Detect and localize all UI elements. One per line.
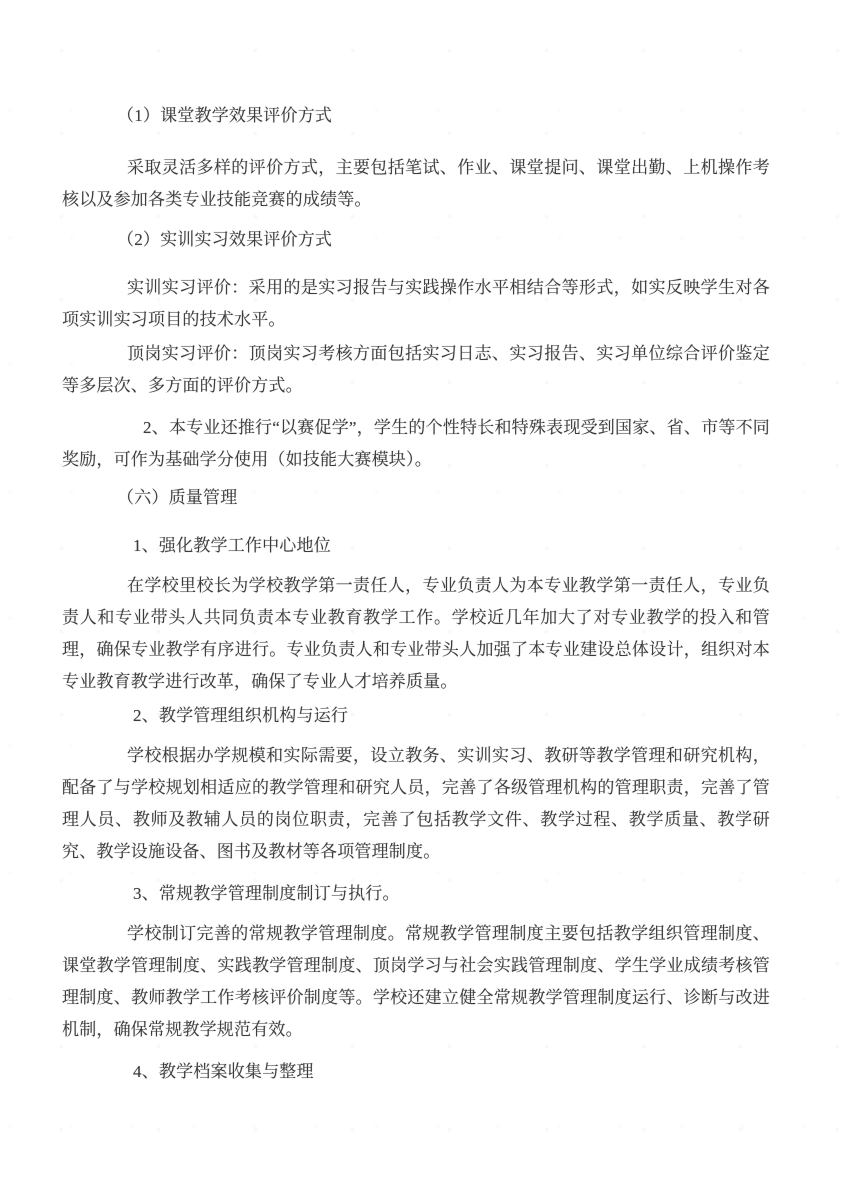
para-practice-eval: 实训实习评价：采用的是实习报告与实践操作水平相结合等形式，如实反映学生对各项实训… (62, 272, 770, 336)
heading-quality-management: （六）质量管理 (62, 482, 770, 514)
para-teaching-center: 在学校里校长为学校教学第一责任人，专业负责人为本专业教学第一责任人，专业负责人和… (62, 570, 770, 698)
para-competition-credit: 2、本专业还推行“以赛促学”，学生的个性特长和特殊表现受到国家、省、市等不同奖励… (62, 412, 770, 476)
heading-classroom-eval: （1）课堂教学效果评价方式 (62, 100, 770, 132)
heading-practice-eval: （2）实训实习效果评价方式 (62, 224, 770, 256)
document-page: （1）课堂教学效果评价方式 采取灵活多样的评价方式，主要包括笔试、作业、课堂提问… (0, 0, 848, 1200)
heading-regular-system: 3、常规教学管理制度制订与执行。 (62, 878, 770, 910)
para-regular-system: 学校制订完善的常规教学管理制度。常规教学管理制度主要包括教学组织管理制度、课堂教… (62, 918, 770, 1046)
heading-org-structure: 2、教学管理组织机构与运行 (62, 700, 770, 732)
para-internship-eval: 顶岗实习评价：顶岗实习考核方面包括实习日志、实习报告、实习单位综合评价鉴定等多层… (62, 338, 770, 402)
heading-teaching-archives: 4、教学档案收集与整理 (62, 1056, 770, 1088)
para-org-structure: 学校根据办学规模和实际需要，设立教务、实训实习、教研等教学管理和研究机构，配备了… (62, 740, 770, 868)
heading-teaching-center: 1、强化教学工作中心地位 (62, 530, 770, 562)
para-classroom-eval: 采取灵活多样的评价方式，主要包括笔试、作业、课堂提问、课堂出勤、上机操作考核以及… (62, 152, 770, 216)
